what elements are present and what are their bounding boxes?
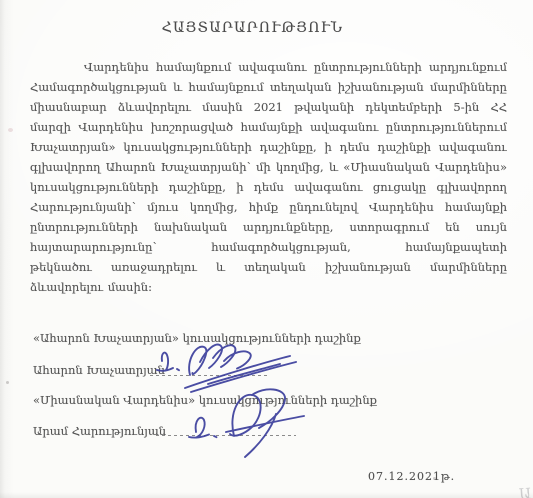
scan-speck [6,381,9,384]
signatory-name-2: Արամ Հարությունյան [33,424,166,438]
body-line: միասնաբար ձևավորելու մասին 2021 թվականի … [30,97,507,117]
signatory-name-1: Ահարոն Խաչատրյան [33,363,165,377]
body-line: կուսակցությունների դաշինքը, ի դեմս ավագա… [30,177,507,197]
body-line: Հարությունյանի՝ մյուս կողմից, հիմք ընդու… [30,197,507,217]
body-line: Խաչատրյան» կուսակցությունների դաշինքը, ի… [30,137,507,157]
body-line: Համագործակցության և համայնքում տեղական ի… [30,77,507,97]
document-title: ՀԱՅՏԱՐԱՐՈՒԹՅՈՒՆ [0,20,505,36]
body-line: գլխավորող Ահարոն Խաչատրյանի՝ մի կողմից, … [30,157,507,177]
document-date: 07.12.2021թ. [368,470,455,483]
body-line: հայտարարությունը՝ համագործակցության, համ… [30,237,507,257]
scan-bottom-shade [0,492,533,498]
body-line: ընտրությունների նախնական արդյունքները, ս… [30,217,507,237]
signature-ink-aram-harutyunyan [182,386,332,461]
body-paragraph: Վարդենիս համայնքում ավագանու ընտրություն… [30,57,507,297]
body-line: թեկնածու առաջադրելու և տեղական իշխանությ… [30,257,507,277]
scan-speck [433,477,436,480]
scan-speck [8,128,13,132]
body-line: Վարդենիս համայնքում ավագանու ընտրություն… [30,57,507,77]
body-line: մարզի Վարդենիս խոշորացված համայնքի ավագա… [30,117,507,137]
scanned-declaration-page: ՀԱՅՏԱՐԱՐՈՒԹՅՈՒՆ Վարդենիս համայնքում ավագ… [0,0,533,498]
body-line: ձևավորելու մասին։ [30,277,507,297]
